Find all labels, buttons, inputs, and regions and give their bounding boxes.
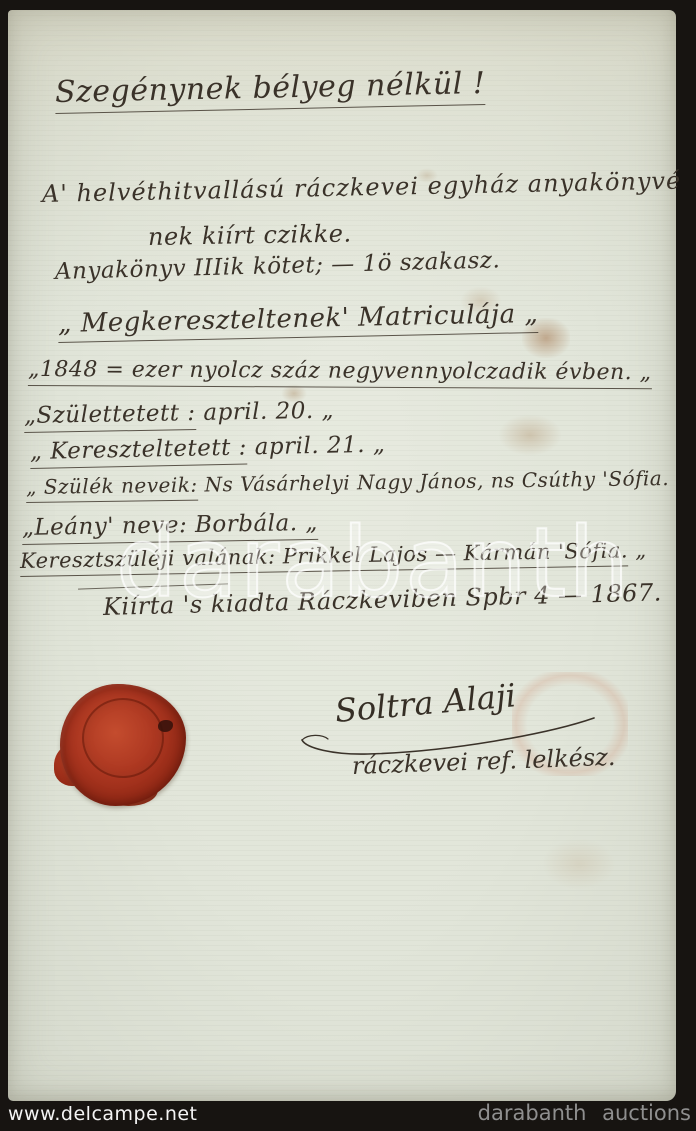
- auction-watermark-center: darabanth: [116, 498, 636, 638]
- line-born-value: april. 20. „: [195, 398, 334, 426]
- line-article: nek kiírt czikke.: [148, 219, 352, 251]
- wax-seal: [60, 684, 186, 806]
- darabanth-auctions-watermark: darabanth auctions: [478, 1101, 691, 1125]
- line-baptized-value: april. 21. „: [247, 432, 386, 461]
- line-baptized-label: „ Kereszteltetett :: [30, 434, 247, 469]
- line-year: „1848 = ezer nyolcz száz negyvennyolczad…: [28, 357, 652, 385]
- photo-background: Szegénynek bélyeg nélkül ! A' helvéthitv…: [0, 0, 696, 1131]
- line-year-text: „1848 = ezer nyolcz száz negyvennyolczad…: [28, 357, 652, 389]
- line-article-text: nek kiírt czikke.: [148, 219, 352, 251]
- delcampe-watermark: www.delcampe.net: [8, 1103, 198, 1125]
- wax-seal-emblem-ring: [82, 698, 164, 778]
- line-born-label: „Születtetett :: [24, 400, 196, 433]
- line-born: „Születtetett : april. 20. „: [24, 398, 334, 429]
